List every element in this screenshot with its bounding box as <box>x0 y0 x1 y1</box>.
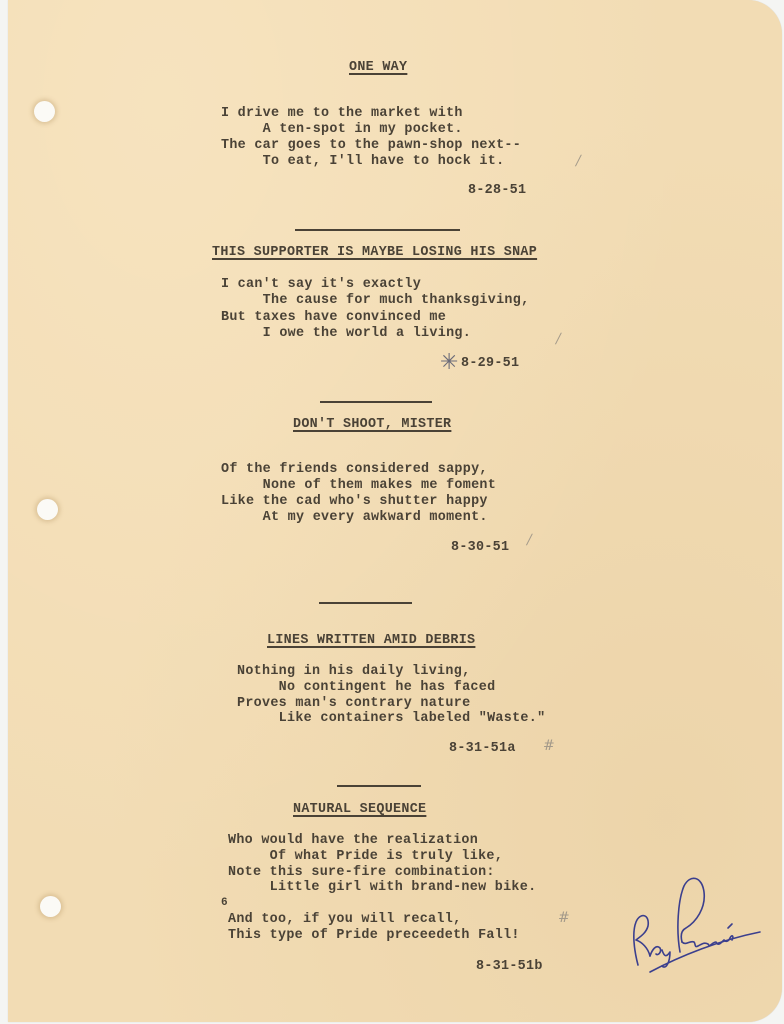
poem-line: I can't say it's exactly <box>221 277 421 294</box>
section-divider <box>295 229 460 231</box>
check-mark-icon: # <box>543 738 555 754</box>
check-mark-icon: # <box>558 910 570 926</box>
poem-line: At my every awkward moment. <box>221 510 488 527</box>
poem-line: But taxes have convinced me <box>221 310 446 327</box>
punch-hole <box>34 101 55 122</box>
poem-title: THIS SUPPORTER IS MAYBE LOSING HIS SNAP <box>212 245 537 262</box>
poem-line: Like the cad who's shutter happy <box>221 494 488 511</box>
poem-line: Little girl with brand-new bike. <box>228 880 536 897</box>
poem-date: 8-31-51b <box>476 959 543 976</box>
poem-line: Who would have the realization <box>228 833 478 850</box>
poem-line: To eat, I'll have to hock it. <box>221 154 504 171</box>
poem-line: A ten-spot in my pocket. <box>221 122 463 139</box>
check-mark-icon: ∕ <box>527 532 532 548</box>
poem-title: ONE WAY <box>349 60 407 77</box>
poem-line: The cause for much thanksgiving, <box>221 293 529 310</box>
section-divider <box>319 602 412 604</box>
section-divider <box>320 401 432 403</box>
poem-title: LINES WRITTEN AMID DEBRIS <box>267 633 475 650</box>
punch-hole <box>37 499 58 520</box>
poem-line: I owe the world a living. <box>221 326 471 343</box>
poem-date: 8-31-51a <box>449 741 516 758</box>
poem-date: 8-30-51 <box>451 540 509 557</box>
poem-date: 8-29-51 <box>461 356 519 373</box>
check-mark-icon: ∕ <box>556 331 561 347</box>
poem-line: This type of Pride preceedeth Fall! <box>228 928 520 945</box>
poem-title: DON'T SHOOT, MISTER <box>293 417 451 434</box>
poem-line: None of them makes me foment <box>221 478 496 495</box>
section-divider <box>337 785 421 787</box>
poem-line: I drive me to the market with <box>221 106 463 123</box>
punch-hole <box>40 896 61 917</box>
poem-line: Nothing in his daily living, <box>237 664 470 681</box>
check-mark-icon: ∕ <box>576 153 581 169</box>
poem-line: No contingent he has faced <box>237 680 495 697</box>
poem-date: 8-28-51 <box>468 183 526 200</box>
poem-line: The car goes to the pawn-shop next-- <box>221 138 521 155</box>
poem-line: And too, if you will recall, <box>228 912 461 929</box>
asterisk-mark-icon: ✳ <box>440 350 458 375</box>
poem-line: Like containers labeled "Waste." <box>237 711 545 728</box>
poem-line: Of what Pride is truly like, <box>228 849 503 866</box>
signature <box>620 870 770 980</box>
poem-title: NATURAL SEQUENCE <box>293 802 426 819</box>
stanza-marker: 6 <box>221 895 228 912</box>
poem-line: Of the friends considered sappy, <box>221 462 488 479</box>
